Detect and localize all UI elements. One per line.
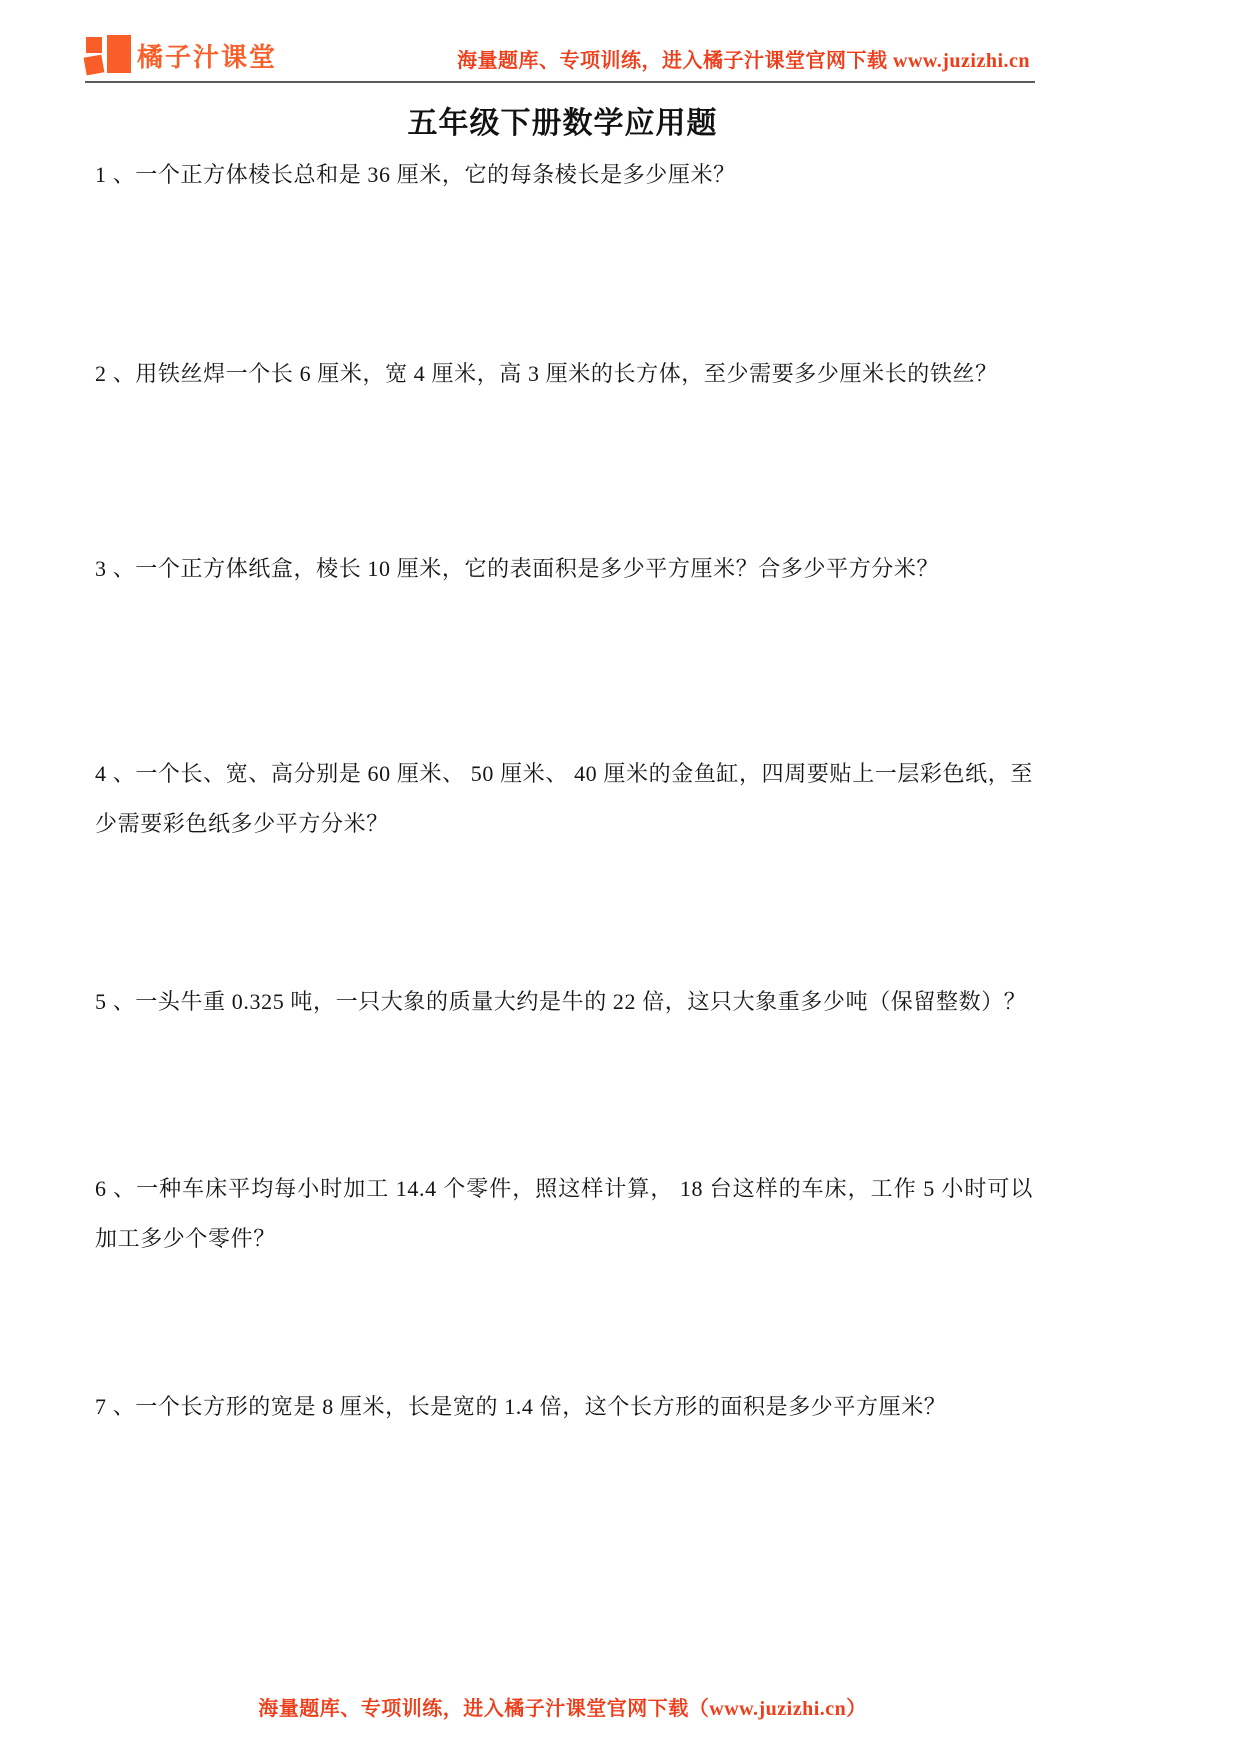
footer-promo-text: 海量题库、专项训练，进入橘子汁课堂官网下载（www.juzizhi.cn） — [95, 1692, 1030, 1721]
brand-logo: 橘子汁课堂 — [85, 34, 277, 76]
worksheet-page: 橘子汁课堂 海量题库、专项训练，进入橘子汁课堂官网下载 www.juzizhi.… — [0, 0, 1240, 1754]
header-promo-text: 海量题库、专项训练，进入橘子汁课堂官网下载 www.juzizhi.cn — [457, 44, 1030, 73]
question-1: 1 、一个正方体棱长总和是 36 厘米，它的每条棱长是多少厘米？ — [95, 150, 1033, 200]
page-title: 五年级下册数学应用题 — [95, 98, 1030, 142]
question-2: 2 、用铁丝焊一个长 6 厘米，宽 4 厘米，高 3 厘米的长方体，至少需要多少… — [95, 349, 1033, 399]
question-6: 6 、一种车床平均每小时加工 14.4 个零件，照这样计算， 18 台这样的车床… — [95, 1164, 1033, 1264]
brand-logo-text: 橘子汁课堂 — [137, 37, 277, 74]
header-divider — [85, 81, 1035, 83]
question-4: 4 、一个长、宽、高分别是 60 厘米、 50 厘米、 40 厘米的金鱼缸，四周… — [95, 749, 1033, 849]
question-3: 3 、一个正方体纸盒，棱长 10 厘米，它的表面积是多少平方厘米？合多少平方分米… — [95, 544, 1033, 594]
orange-squares-logo-icon — [85, 34, 133, 76]
page-header: 橘子汁课堂 海量题库、专项训练，进入橘子汁课堂官网下载 www.juzizhi.… — [0, 0, 1240, 84]
question-7: 7 、一个长方形的宽是 8 厘米，长是宽的 1.4 倍，这个长方形的面积是多少平… — [95, 1382, 1033, 1432]
question-5: 5 、一头牛重 0.325 吨，一只大象的质量大约是牛的 22 倍，这只大象重多… — [95, 977, 1033, 1027]
